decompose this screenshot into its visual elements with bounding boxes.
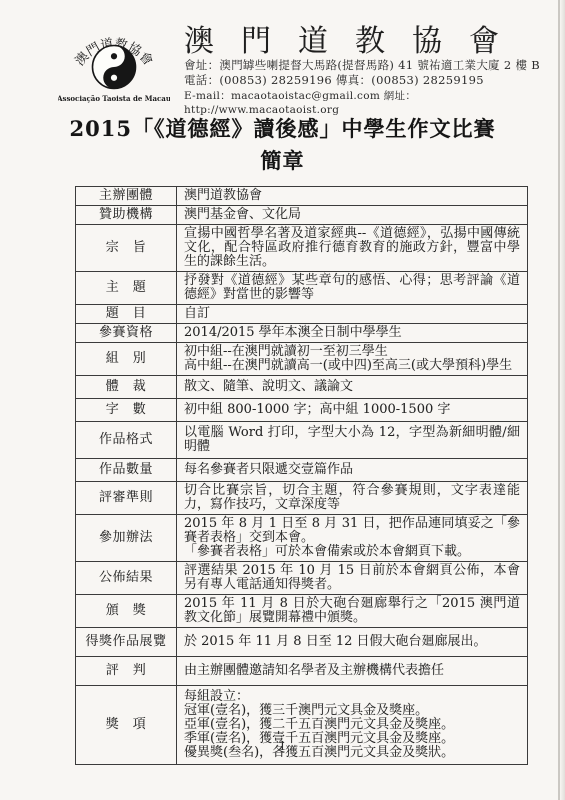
table-row-sponsor: 贊助機構 澳門基金會、文化局 bbox=[76, 206, 528, 225]
row-label: 參賽資格 bbox=[76, 324, 177, 343]
org-name: 澳門道教協會 bbox=[184, 16, 526, 60]
document-title: 2015「《道德經》讀後感」中學生作文比賽 簡章 bbox=[0, 114, 565, 176]
row-label: 作品數量 bbox=[76, 459, 177, 482]
row-value: 由主辦團體邀請知名學者及主辦機構代表擔任 bbox=[177, 657, 528, 686]
row-value: 散文、隨筆、說明文、議論文 bbox=[177, 376, 528, 399]
row-value: 抒發對《道德經》某些章句的感悟、心得；思考評論《道德經》對當世的影響等 bbox=[177, 272, 528, 305]
address-line: 會址：澳門罅些喇提督大馬路(提督馬路) 41 號祐適工業大廈 2 樓 B bbox=[184, 58, 565, 73]
row-label: 公佈結果 bbox=[76, 562, 177, 595]
table-row-eligibility: 參賽資格 2014/2015 學年本澳全日制中學學生 bbox=[76, 324, 528, 343]
table-row-format: 作品格式 以電腦 Word 打印，字型大小為 12，字型為新細明體/細明體 bbox=[76, 422, 528, 459]
scanned-document-page: 澳門道教協會 Associação Taoista de Macau 澳門道教協… bbox=[0, 0, 565, 800]
table-row-criteria: 評審準則 切合比賽宗旨，切合主題，符合參賽規則，文字表達能力，寫作技巧，文章深度… bbox=[76, 482, 528, 515]
row-value: 每名參賽者只限遞交壹篇作品 bbox=[177, 459, 528, 482]
logo-caption: Associação Taoista de Macau bbox=[58, 94, 170, 103]
row-value: 初中組 800-1000 字；高中組 1000-1500 字 bbox=[177, 399, 528, 422]
row-value: 澳門基金會、文化局 bbox=[177, 206, 528, 225]
row-label: 作品格式 bbox=[76, 422, 177, 459]
email-website-line: E-mail：macaotaoistac@gmail.com 網址：http:/… bbox=[184, 89, 565, 117]
row-value: 2014/2015 學年本澳全日制中學學生 bbox=[177, 324, 528, 343]
table-row-theme: 主 題 抒發對《道德經》某些章句的感悟、心得；思考評論《道德經》對當世的影響等 bbox=[76, 272, 528, 305]
row-label: 體 裁 bbox=[76, 376, 177, 399]
contact-block: 會址：澳門罅些喇提督大馬路(提督馬路) 41 號祐適工業大廈 2 樓 B 電話：… bbox=[184, 58, 565, 117]
row-label: 組 別 bbox=[76, 343, 177, 376]
phone-fax-line: 電話：(00853) 28259196 傳真：(00853) 28259195 bbox=[184, 73, 565, 88]
row-value: 以電腦 Word 打印，字型大小為 12，字型為新細明體/細明體 bbox=[177, 422, 528, 459]
row-label: 題 目 bbox=[76, 305, 177, 324]
taijitu-icon bbox=[93, 46, 136, 89]
row-label: 參加辦法 bbox=[76, 515, 177, 562]
row-label: 評審準則 bbox=[76, 482, 177, 515]
row-label: 得獎作品展覽 bbox=[76, 628, 177, 657]
row-value: 2015 年 8 月 1 日至 8 月 31 日，把作品連同填妥之「參賽者表格」… bbox=[177, 515, 528, 562]
yin-yang-logo-icon: 澳門道教協會 Associação Taoista de Macau bbox=[58, 10, 170, 104]
row-label: 評 判 bbox=[76, 657, 177, 686]
row-value: 評選結果 2015 年 10 月 15 日前於本會網頁公佈，本會另有專人電話通知… bbox=[177, 562, 528, 595]
table-row-purpose: 宗 旨 宣揚中國哲學名著及道家經典--《道德經》，弘揚中國傳統文化，配合特區政府… bbox=[76, 225, 528, 272]
row-label: 主 題 bbox=[76, 272, 177, 305]
row-label: 頒 獎 bbox=[76, 595, 177, 628]
row-value: 切合比賽宗旨，切合主題，符合參賽規則，文字表達能力，寫作技巧，文章深度等 bbox=[177, 482, 528, 515]
table-row-award-ceremony: 頒 獎 2015 年 11 月 8 日於大砲台廻廊舉行之「2015 澳門道教文化… bbox=[76, 595, 528, 628]
table-row-topic: 題 目 自訂 bbox=[76, 305, 528, 324]
row-label: 宗 旨 bbox=[76, 225, 177, 272]
row-label: 字 數 bbox=[76, 399, 177, 422]
row-value: 自訂 bbox=[177, 305, 528, 324]
row-value: 澳門道教協會 bbox=[177, 187, 528, 206]
table-row-quantity: 作品數量 每名參賽者只限遞交壹篇作品 bbox=[76, 459, 528, 482]
table-row-exhibition: 得獎作品展覽 於 2015 年 11 月 8 日至 12 日假大砲台廻廊展出。 bbox=[76, 628, 528, 657]
rules-table: 主辦團體 澳門道教協會 贊助機構 澳門基金會、文化局 宗 旨 宣揚中國哲學名著及… bbox=[75, 186, 528, 765]
association-logo: 澳門道教協會 Associação Taoista de Macau bbox=[58, 10, 170, 104]
table-row-results-announcement: 公佈結果 評選結果 2015 年 10 月 15 日前於本會網頁公佈，本會另有專… bbox=[76, 562, 528, 595]
row-value: 2015 年 11 月 8 日於大砲台廻廊舉行之「2015 澳門道教文化節」展覽… bbox=[177, 595, 528, 628]
row-value: 宣揚中國哲學名著及道家經典--《道德經》，弘揚中國傳統文化，配合特區政府推行德育… bbox=[177, 225, 528, 272]
rules-table-container: 主辦團體 澳門道教協會 贊助機構 澳門基金會、文化局 宗 旨 宣揚中國哲學名著及… bbox=[75, 186, 528, 765]
document-title-line2: 簡章 bbox=[0, 146, 565, 176]
table-row-organizer: 主辦團體 澳門道教協會 bbox=[76, 187, 528, 206]
table-row-word-count: 字 數 初中組 800-1000 字；高中組 1000-1500 字 bbox=[76, 399, 528, 422]
page-number: 1 bbox=[0, 739, 565, 753]
row-label: 贊助機構 bbox=[76, 206, 177, 225]
table-row-genre: 體 裁 散文、隨筆、說明文、議論文 bbox=[76, 376, 528, 399]
table-row-judges: 評 判 由主辦團體邀請知名學者及主辦機構代表擔任 bbox=[76, 657, 528, 686]
row-label: 主辦團體 bbox=[76, 187, 177, 206]
table-row-categories: 組 別 初中組--在澳門就讀初一至初三學生 高中組--在澳門就讀高一(或中四)至… bbox=[76, 343, 528, 376]
document-title-line1: 2015「《道德經》讀後感」中學生作文比賽 bbox=[0, 114, 565, 144]
table-row-how-to-enter: 參加辦法 2015 年 8 月 1 日至 8 月 31 日，把作品連同填妥之「參… bbox=[76, 515, 528, 562]
row-value: 於 2015 年 11 月 8 日至 12 日假大砲台廻廊展出。 bbox=[177, 628, 528, 657]
row-value: 初中組--在澳門就讀初一至初三學生 高中組--在澳門就讀高一(或中四)至高三(或… bbox=[177, 343, 528, 376]
